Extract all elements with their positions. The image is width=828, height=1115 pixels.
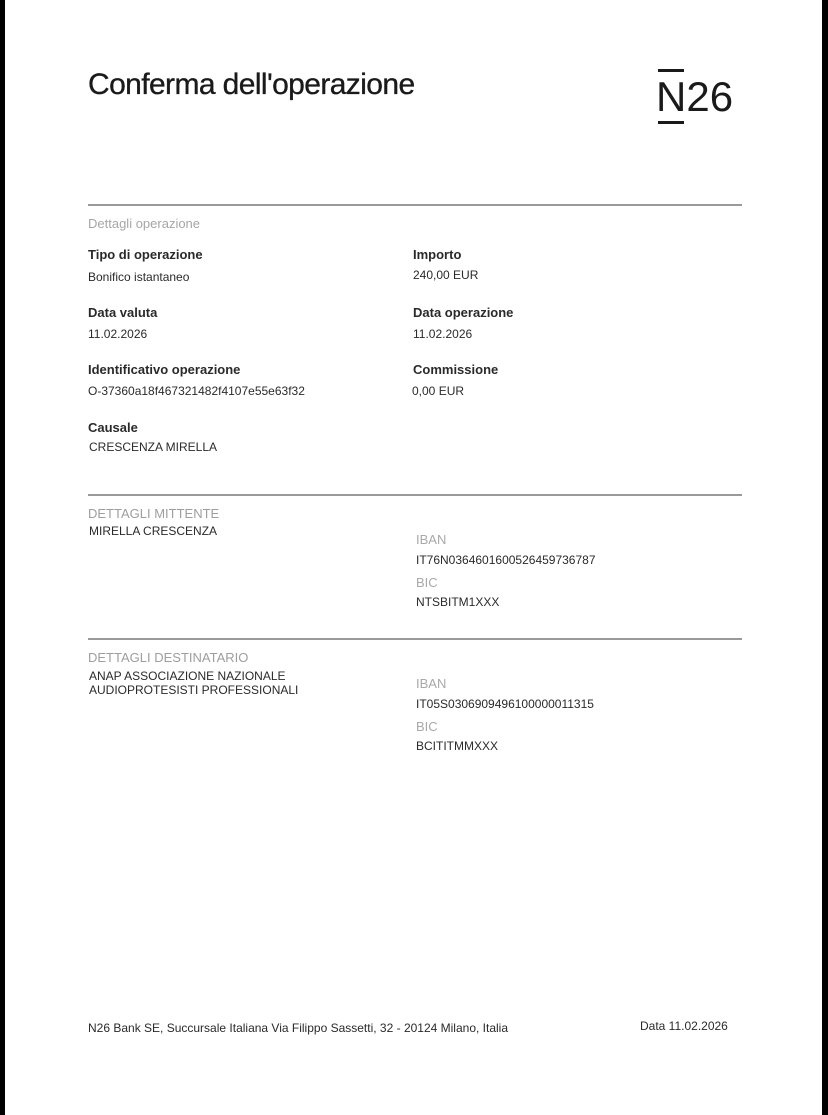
logo-bar-top xyxy=(658,69,684,72)
n26-logo: N26 xyxy=(657,68,749,126)
value-causale: CRESCENZA MIRELLA xyxy=(89,440,217,454)
recipient-name: ANAP ASSOCIAZIONE NAZIONALE AUDIOPROTESI… xyxy=(89,669,304,697)
sender-bic-label: BIC xyxy=(416,575,438,590)
divider-recipient xyxy=(88,638,742,640)
label-tipo-operazione: Tipo di operazione xyxy=(88,247,203,262)
footer-address: N26 Bank SE, Succursale Italiana Via Fil… xyxy=(88,1021,508,1035)
value-identificativo: O-37360a18f467321482f4107e55e63f32 xyxy=(88,384,305,398)
section-label-operation: Dettagli operazione xyxy=(88,216,200,231)
recipient-bic: BCITITMMXXX xyxy=(416,739,498,753)
page-title: Conferma dell'operazione xyxy=(88,68,415,102)
value-importo: 240,00 EUR xyxy=(413,268,478,282)
document-page: Conferma dell'operazione N26 Dettagli op… xyxy=(5,0,822,1115)
label-importo: Importo xyxy=(413,247,461,262)
section-label-sender: DETTAGLI MITTENTE xyxy=(88,506,219,521)
label-commissione: Commissione xyxy=(413,362,498,377)
recipient-iban: IT05S0306909496100000011315 xyxy=(416,697,594,711)
label-identificativo: Identificativo operazione xyxy=(88,362,240,377)
label-data-operazione: Data operazione xyxy=(413,305,513,320)
section-label-recipient: DETTAGLI DESTINATARIO xyxy=(88,650,248,665)
value-commissione: 0,00 EUR xyxy=(412,384,464,398)
footer-date: Data 11.02.2026 xyxy=(640,1019,728,1033)
sender-bic: NTSBITM1XXX xyxy=(416,595,499,609)
sender-name: MIRELLA CRESCENZA xyxy=(89,524,349,538)
sender-iban: IT76N0364601600526459736787 xyxy=(416,553,596,567)
value-tipo-operazione: Bonifico istantaneo xyxy=(88,270,189,284)
value-data-operazione: 11.02.2026 xyxy=(413,327,472,341)
logo-bar-bottom xyxy=(658,121,684,124)
label-causale: Causale xyxy=(88,420,138,435)
label-data-valuta: Data valuta xyxy=(88,305,157,320)
logo-text: N26 xyxy=(656,73,733,121)
sender-iban-label: IBAN xyxy=(416,532,446,547)
divider-operation xyxy=(88,204,742,206)
recipient-iban-label: IBAN xyxy=(416,676,446,691)
recipient-bic-label: BIC xyxy=(416,719,438,734)
value-data-valuta: 11.02.2026 xyxy=(88,327,147,341)
divider-sender xyxy=(88,494,742,496)
